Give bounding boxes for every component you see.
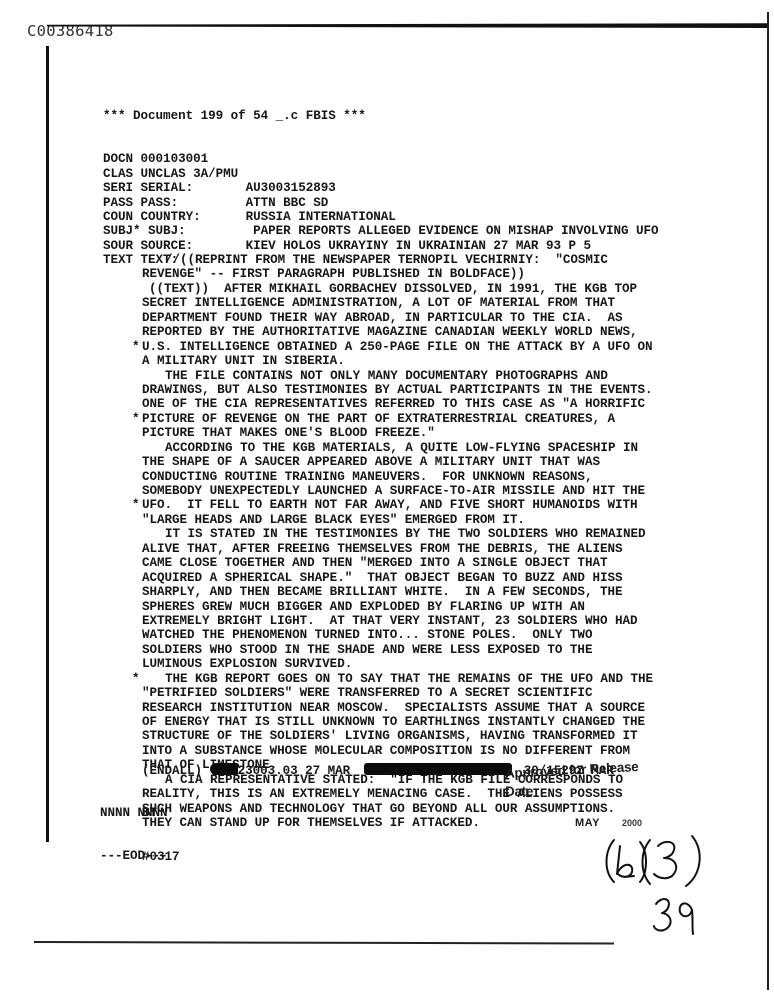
- bt-line: BT: [142, 806, 614, 820]
- body-text-line: SECRET INTELLIGENCE ADMINISTRATION, A LO…: [142, 296, 653, 310]
- body-text-line: REPORTED BY THE AUTHORITATIVE MAGAZINE C…: [142, 325, 653, 339]
- header-field-sour: SOUR SOURCE: KIEV HOLOS UKRAYINY IN UKRA…: [103, 239, 659, 253]
- body-text-line: THE FILE CONTAINS NOT ONLY MANY DOCUMENT…: [142, 369, 653, 383]
- body-text-line: DEPARTMENT FOUND THEIR WAY ABROAD, IN PA…: [142, 311, 653, 325]
- header-field-coun: COUN COUNTRY: RUSSIA INTERNATIONAL: [103, 210, 659, 224]
- body-text: THE KGB REPORT GOES ON TO SAY THAT THE R…: [165, 672, 653, 686]
- body-text: REPORTED BY THE AUTHORITATIVE MAGAZINE C…: [142, 325, 638, 339]
- bottom-border-rule: [34, 941, 614, 945]
- left-border-rule: [46, 46, 49, 842]
- right-border-rule: [767, 12, 769, 990]
- body-text-line: IT IS STATED IN THE TESTIMONIES BY THE T…: [142, 527, 653, 541]
- release-month: MAY: [575, 817, 600, 829]
- body-text-line: SHARPLY, AND THEN BECAME BRILLIANT WHITE…: [142, 585, 653, 599]
- nnnn-line: NNNN NNNN: [100, 806, 168, 820]
- body-text: SECRET INTELLIGENCE ADMINISTRATION, A LO…: [142, 296, 615, 310]
- body-text-line: "LARGE HEADS AND LARGE BLACK EYES" EMERG…: [142, 513, 653, 527]
- body-text: REVENGE" -- FIRST PARAGRAPH PUBLISHED IN…: [142, 267, 525, 281]
- message-number: #0317: [142, 850, 614, 864]
- handwritten-annotation: (b)(3): [600, 832, 730, 942]
- body-text: DEPARTMENT FOUND THEIR WAY ABROAD, IN PA…: [142, 311, 622, 325]
- body-text: CONDUCTING ROUTINE TRAINING MANEUVERS. F…: [142, 470, 592, 484]
- body-text: EXTREMELY BRIGHT LIGHT. AT THAT VERY INS…: [142, 614, 638, 628]
- body-text-line: ALIVE THAT, AFTER FREEING THEMSELVES FRO…: [142, 542, 653, 556]
- body-text-line: ACCORDING TO THE KGB MATERIALS, A QUITE …: [142, 441, 653, 455]
- body-text-line: SOLDIERS WHO STOOD IN THE SHADE AND WERE…: [142, 643, 653, 657]
- body-text: SOMEBODY UNEXPECTEDLY LAUNCHED A SURFACE…: [142, 484, 645, 498]
- release-year: 2000: [622, 818, 642, 828]
- body-text: "LARGE HEADS AND LARGE BLACK EYES" EMERG…: [142, 513, 525, 527]
- body-text-line: *THE KGB REPORT GOES ON TO SAY THAT THE …: [142, 672, 653, 686]
- top-border-rule: [47, 22, 769, 28]
- document-header: *** Document 199 of 54 _.c FBIS *** DOCN…: [103, 80, 659, 282]
- header-field-docn: DOCN 000103001: [103, 152, 659, 166]
- body-text: IT IS STATED IN THE TESTIMONIES BY THE T…: [165, 527, 645, 541]
- body-text: UFO. IT FELL TO EARTH NOT FAR AWAY, AND …: [142, 498, 638, 512]
- margin-asterisk-marker: *: [132, 412, 140, 426]
- redaction-bar: [210, 763, 238, 775]
- body-text: ALIVE THAT, AFTER FREEING THEMSELVES FRO…: [142, 542, 622, 556]
- header-field-pass: PASS PASS: ATTN BBC SD: [103, 196, 659, 210]
- eod-line: ---EOD---: [100, 849, 168, 863]
- body-text-line: ACQUIRED A SPHERICAL SHAPE." THAT OBJECT…: [142, 571, 653, 585]
- header-fields: DOCN 000103001CLAS UNCLAS 3A/PMUSERI SER…: [103, 152, 659, 268]
- body-text: PICTURE OF REVENGE ON THE PART OF EXTRAT…: [142, 412, 615, 426]
- body-text: ONE OF THE CIA REPRESENTATIVES REFERRED …: [142, 397, 645, 411]
- margin-asterisk-marker: *: [132, 340, 140, 354]
- body-text: CAME CLOSE TOGETHER AND THEN "MERGED INT…: [142, 556, 607, 570]
- header-field-subj: SUBJ* SUBJ: PAPER REPORTS ALLEGED EVIDEN…: [103, 224, 659, 238]
- body-text-line: CONDUCTING ROUTINE TRAINING MANEUVERS. F…: [142, 470, 653, 484]
- body-text-line: ((TEXT)) AFTER MIKHAIL GORBACHEV DISSOLV…: [142, 282, 653, 296]
- body-text: ACQUIRED A SPHERICAL SHAPE." THAT OBJECT…: [142, 571, 622, 585]
- body-text-line: SPHERES GREW MUCH BIGGER AND EXPLODED BY…: [142, 600, 653, 614]
- body-text-line: THE SHAPE OF A SAUCER APPEARED ABOVE A M…: [142, 455, 653, 469]
- body-text-line: DRAWINGS, BUT ALSO TESTIMONIES BY ACTUAL…: [142, 383, 653, 397]
- body-text: SPHERES GREW MUCH BIGGER AND EXPLODED BY…: [142, 600, 585, 614]
- body-text: ACCORDING TO THE KGB MATERIALS, A QUITE …: [165, 441, 638, 455]
- body-text-line: *PICTURE OF REVENGE ON THE PART OF EXTRA…: [142, 412, 653, 426]
- document-title-line: *** Document 199 of 54 _.c FBIS ***: [103, 109, 659, 123]
- release-date-label: Date: [505, 784, 533, 799]
- margin-asterisk-marker: *: [132, 672, 140, 686]
- body-text-line: REVENGE" -- FIRST PARAGRAPH PUBLISHED IN…: [142, 267, 653, 281]
- paren-open-stroke: [607, 840, 615, 882]
- body-text: "PETRIFIED SOLDIERS" WERE TRANSFERRED TO…: [142, 686, 592, 700]
- body-text-line: WATCHED THE PHENOMENON TURNED INTO... ST…: [142, 628, 653, 642]
- body-text-line: PICTURE THAT MAKES ONE'S BLOOD FREEZE.": [142, 426, 653, 440]
- margin-asterisk-marker: *: [132, 498, 140, 512]
- body-text: SOLDIERS WHO STOOD IN THE SHADE AND WERE…: [142, 643, 592, 657]
- body-text: ((TEXT)) AFTER MIKHAIL GORBACHEV DISSOLV…: [149, 282, 637, 296]
- endall-datetime: 23003.03 27 MAR: [238, 764, 351, 778]
- body-text-line: ONE OF THE CIA REPRESENTATIVES REFERRED …: [142, 397, 653, 411]
- body-text-line: RESEARCH INSTITUTION NEAR MOSCOW. SPECIA…: [142, 701, 653, 715]
- body-text-line: OF ENERGY THAT IS STILL UNKNOWN TO EARTH…: [142, 715, 653, 729]
- body-text-line: *U.S. INTELLIGENCE OBTAINED A 250-PAGE F…: [142, 340, 653, 354]
- body-text: THE FILE CONTAINS NOT ONLY MANY DOCUMENT…: [165, 369, 608, 383]
- end-of-document-block: NNNN NNNN ---EOD---: [100, 777, 168, 878]
- endall-label: (ENDALL): [142, 764, 202, 778]
- body-text: DRAWINGS, BUT ALSO TESTIMONIES BY ACTUAL…: [142, 383, 653, 397]
- body-text: A MILITARY UNIT IN SIBERIA.: [142, 354, 345, 368]
- body-text-line: A MILITARY UNIT IN SIBERIA.: [142, 354, 653, 368]
- body-text: OF ENERGY THAT IS STILL UNKNOWN TO EARTH…: [142, 715, 645, 729]
- body-text: SHARPLY, AND THEN BECAME BRILLIANT WHITE…: [142, 585, 622, 599]
- redaction-bar: [364, 763, 512, 775]
- body-text: //((REPRINT FROM THE NEWSPAPER TERNOPIL …: [165, 253, 608, 267]
- body-text-line: "PETRIFIED SOLDIERS" WERE TRANSFERRED TO…: [142, 686, 653, 700]
- body-text: PICTURE THAT MAKES ONE'S BLOOD FREEZE.": [142, 426, 435, 440]
- header-field-clas: CLAS UNCLAS 3A/PMU: [103, 167, 659, 181]
- body-text: U.S. INTELLIGENCE OBTAINED A 250-PAGE FI…: [142, 340, 653, 354]
- body-text-line: LUMINOUS EXPLOSION SURVIVED.: [142, 657, 653, 671]
- body-text-line: SOMEBODY UNEXPECTEDLY LAUNCHED A SURFACE…: [142, 484, 653, 498]
- body-text: WATCHED THE PHENOMENON TURNED INTO... ST…: [142, 628, 592, 642]
- body-text: RESEARCH INSTITUTION NEAR MOSCOW. SPECIA…: [142, 701, 645, 715]
- body-text: THE SHAPE OF A SAUCER APPEARED ABOVE A M…: [142, 455, 600, 469]
- body-text-line: //((REPRINT FROM THE NEWSPAPER TERNOPIL …: [142, 253, 653, 267]
- body-text-line: EXTREMELY BRIGHT LIGHT. AT THAT VERY INS…: [142, 614, 653, 628]
- body-text-line: CAME CLOSE TOGETHER AND THEN "MERGED INT…: [142, 556, 653, 570]
- body-text-line: *UFO. IT FELL TO EARTH NOT FAR AWAY, AND…: [142, 498, 653, 512]
- document-trailer: (ENDALL) 23003.03 27 MAR 30/1529Z MAR BT…: [142, 734, 614, 878]
- body-text: LUMINOUS EXPLOSION SURVIVED.: [142, 657, 352, 671]
- header-field-seri: SERI SERIAL: AU3003152893: [103, 181, 659, 195]
